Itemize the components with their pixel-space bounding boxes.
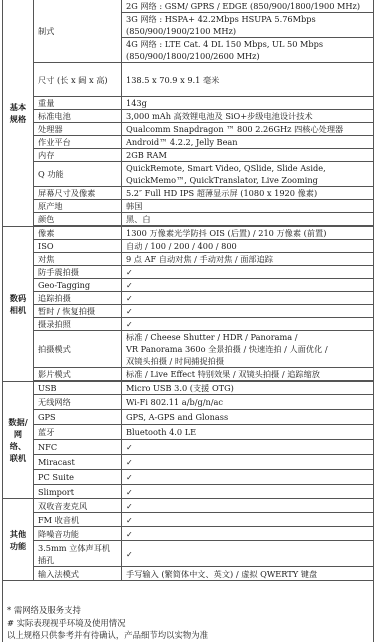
row-label: 重量 bbox=[34, 97, 122, 110]
footnote-network: * 需网络及服务支持 bbox=[7, 604, 208, 617]
row-value: Bluetooth 4.0 LE bbox=[122, 425, 374, 440]
table-row: 数据/ 网络、 联机 USB Micro USB 3.0 (支援 OTG) bbox=[3, 382, 374, 395]
table-row: 对焦 9 点 AF 自动对焦 / 手动对焦 / 面部追踪 bbox=[3, 253, 374, 266]
check-icon: ✓ bbox=[122, 440, 374, 455]
row-label: 拍摄模式 bbox=[34, 331, 122, 368]
row-value: Qualcomm Snapdragon ™ 800 2.26GHz 四核心处理器 bbox=[122, 123, 374, 136]
row-value: 3,000 mAh 高效锂电池及 SiO+步级电池设计技术 bbox=[122, 110, 374, 123]
table-row: 输入法模式 手写输入 (繁简体中文、英文) / 虚拟 QWERTY 键盘 bbox=[3, 567, 374, 581]
row-label: 追踪拍摄 bbox=[34, 292, 122, 305]
footnote-disclaimer: 以上规格只供参考并有待确认，产品细节均以实物为准 bbox=[7, 629, 208, 642]
row-label: 作业平台 bbox=[34, 136, 122, 149]
row-value: 3G 网络 : HSPA+ 42.2Mbps HSUPA 5.76Mbps (8… bbox=[122, 13, 374, 38]
table-row: NFC ✓ bbox=[3, 440, 374, 455]
table-row: 屏幕尺寸及像素 5.2″ Full HD IPS 超薄显示屏 (1080 x 1… bbox=[3, 187, 374, 200]
row-label: USB bbox=[34, 382, 122, 395]
table-row: FM 收音机 ✓ bbox=[3, 513, 374, 527]
table-row: Miracast ✓ bbox=[3, 455, 374, 470]
table-row: Slimport ✓ bbox=[3, 485, 374, 499]
row-label: GPS bbox=[34, 410, 122, 425]
row-value: QuickRemote, Smart Video, QSlide, Slide … bbox=[122, 162, 374, 187]
table-row: 标准电池 3,000 mAh 高效锂电池及 SiO+步级电池设计技术 bbox=[3, 110, 374, 123]
check-icon: ✓ bbox=[122, 499, 374, 513]
check-icon: ✓ bbox=[122, 292, 374, 305]
row-label: 双收音麦克风 bbox=[34, 499, 122, 513]
row-label: 制式 bbox=[34, 0, 122, 63]
table-row: 处理器 Qualcomm Snapdragon ™ 800 2.26GHz 四核… bbox=[3, 123, 374, 136]
row-label: 处理器 bbox=[34, 123, 122, 136]
row-label: FM 收音机 bbox=[34, 513, 122, 527]
row-label: 原产地 bbox=[34, 200, 122, 213]
row-label: Q 功能 bbox=[34, 162, 122, 187]
row-value: 138.5 x 70.9 x 9.1 毫米 bbox=[122, 63, 374, 97]
table-row: 颜色 黑、白 bbox=[3, 213, 374, 226]
row-label: 屏幕尺寸及像素 bbox=[34, 187, 122, 200]
row-value: GPS, A-GPS and Glonass bbox=[122, 410, 374, 425]
row-label: Miracast bbox=[34, 455, 122, 470]
table-row: 作业平台 Android™ 4.2.2, Jelly Bean bbox=[3, 136, 374, 149]
check-icon: ✓ bbox=[122, 541, 374, 567]
check-icon: ✓ bbox=[122, 266, 374, 279]
row-value: 143g bbox=[122, 97, 374, 110]
table-row: 内存 2GB RAM bbox=[3, 149, 374, 162]
row-label: 输入法模式 bbox=[34, 567, 122, 581]
table-row: 降噪音功能 ✓ bbox=[3, 527, 374, 541]
table-row: 原产地 韩国 bbox=[3, 200, 374, 213]
category-camera: 数码 相机 bbox=[3, 227, 34, 382]
check-icon: ✓ bbox=[122, 318, 374, 331]
row-label: NFC bbox=[34, 440, 122, 455]
table-row: 蓝牙 Bluetooth 4.0 LE bbox=[3, 425, 374, 440]
row-label: 暂时 / 恢复拍摄 bbox=[34, 305, 122, 318]
category-data-network: 数据/ 网络、 联机 bbox=[3, 382, 34, 499]
row-value: 黑、白 bbox=[122, 213, 374, 226]
footer-notes: * 需网络及服务支持 # 实际表现视乎环境及使用情况 以上规格只供参考并有待确认… bbox=[7, 604, 208, 642]
table-row: 摄录拍照 ✓ bbox=[3, 318, 374, 331]
row-label: 尺寸 (长 x 阔 x 高) bbox=[34, 63, 122, 97]
row-value: 自动 / 100 / 200 / 400 / 800 bbox=[122, 240, 374, 253]
row-label: 无线网络 bbox=[34, 395, 122, 410]
table-row: 无线网络 Wi-Fi 802.11 a/b/g/n/ac bbox=[3, 395, 374, 410]
row-value: 2G 网络 : GSM/ GPRS / EDGE (850/900/1800/1… bbox=[122, 0, 374, 13]
row-label: 颜色 bbox=[34, 213, 122, 226]
table-row: Geo-Tagging ✓ bbox=[3, 279, 374, 292]
row-value: 4G 网络 : LTE Cat. 4 DL 150 Mbps, UL 50 Mb… bbox=[122, 38, 374, 63]
row-value: 2GB RAM bbox=[122, 149, 374, 162]
row-value: 1300 万像素光学防抖 OIS (后置) / 210 万像素 (前置) bbox=[122, 227, 374, 240]
row-label: 防手震拍摄 bbox=[34, 266, 122, 279]
row-value: 标准 / Cheese Shutter / HDR / Panorama /VR… bbox=[122, 331, 374, 368]
category-basic: 基本 规格 bbox=[3, 0, 34, 227]
category-other: 其他 功能 bbox=[3, 499, 34, 581]
check-icon: ✓ bbox=[122, 485, 374, 499]
table-row: 3.5mm 立体声耳机插孔 ✓ bbox=[3, 541, 374, 567]
table-row: 防手震拍摄 ✓ bbox=[3, 266, 374, 279]
check-icon: ✓ bbox=[122, 513, 374, 527]
table-row: 尺寸 (长 x 阔 x 高) 138.5 x 70.9 x 9.1 毫米 bbox=[3, 63, 374, 97]
row-label: 影片模式 bbox=[34, 368, 122, 381]
row-value: 5.2″ Full HD IPS 超薄显示屏 (1080 x 1920 像素) bbox=[122, 187, 374, 200]
row-label: Geo-Tagging bbox=[34, 279, 122, 292]
row-label: ISO bbox=[34, 240, 122, 253]
row-value: Android™ 4.2.2, Jelly Bean bbox=[122, 136, 374, 149]
row-value: 手写输入 (繁简体中文、英文) / 虚拟 QWERTY 键盘 bbox=[122, 567, 374, 581]
check-icon: ✓ bbox=[122, 305, 374, 318]
row-value: Wi-Fi 802.11 a/b/g/n/ac bbox=[122, 395, 374, 410]
table-row: 拍摄模式 标准 / Cheese Shutter / HDR / Panoram… bbox=[3, 331, 374, 368]
row-label: 摄录拍照 bbox=[34, 318, 122, 331]
table-row: ISO 自动 / 100 / 200 / 400 / 800 bbox=[3, 240, 374, 253]
row-label: 像素 bbox=[34, 227, 122, 240]
row-value: 标准 / Live Effect 特别效果 / 双镜头拍摄 / 追踪缩放 bbox=[122, 368, 374, 381]
check-icon: ✓ bbox=[122, 455, 374, 470]
table-row: 其他 功能 双收音麦克风 ✓ bbox=[3, 499, 374, 513]
table-row: 重量 143g bbox=[3, 97, 374, 110]
row-value: Micro USB 3.0 (支援 OTG) bbox=[122, 382, 374, 395]
check-icon: ✓ bbox=[122, 279, 374, 292]
row-value: 韩国 bbox=[122, 200, 374, 213]
table-row: Q 功能 QuickRemote, Smart Video, QSlide, S… bbox=[3, 162, 374, 187]
table-row: PC Suite ✓ bbox=[3, 470, 374, 485]
table-row: 影片模式 标准 / Live Effect 特别效果 / 双镜头拍摄 / 追踪缩… bbox=[3, 368, 374, 381]
table-row: GPS GPS, A-GPS and Glonass bbox=[3, 410, 374, 425]
table-row: 数码 相机 像素 1300 万像素光学防抖 OIS (后置) / 210 万像素… bbox=[3, 227, 374, 240]
footnote-environment: # 实际表现视乎环境及使用情况 bbox=[7, 617, 208, 630]
spec-table: 基本 规格 制式 2G 网络 : GSM/ GPRS / EDGE (850/9… bbox=[2, 0, 374, 581]
row-label: PC Suite bbox=[34, 470, 122, 485]
row-label: 降噪音功能 bbox=[34, 527, 122, 541]
row-label: 3.5mm 立体声耳机插孔 bbox=[34, 541, 122, 567]
check-icon: ✓ bbox=[122, 527, 374, 541]
table-row: 基本 规格 制式 2G 网络 : GSM/ GPRS / EDGE (850/9… bbox=[3, 0, 374, 13]
row-label: 标准电池 bbox=[34, 110, 122, 123]
table-row: 追踪拍摄 ✓ bbox=[3, 292, 374, 305]
row-label: 蓝牙 bbox=[34, 425, 122, 440]
table-row: 暂时 / 恢复拍摄 ✓ bbox=[3, 305, 374, 318]
row-label: 对焦 bbox=[34, 253, 122, 266]
row-value: 9 点 AF 自动对焦 / 手动对焦 / 面部追踪 bbox=[122, 253, 374, 266]
check-icon: ✓ bbox=[122, 470, 374, 485]
row-label: Slimport bbox=[34, 485, 122, 499]
row-label: 内存 bbox=[34, 149, 122, 162]
